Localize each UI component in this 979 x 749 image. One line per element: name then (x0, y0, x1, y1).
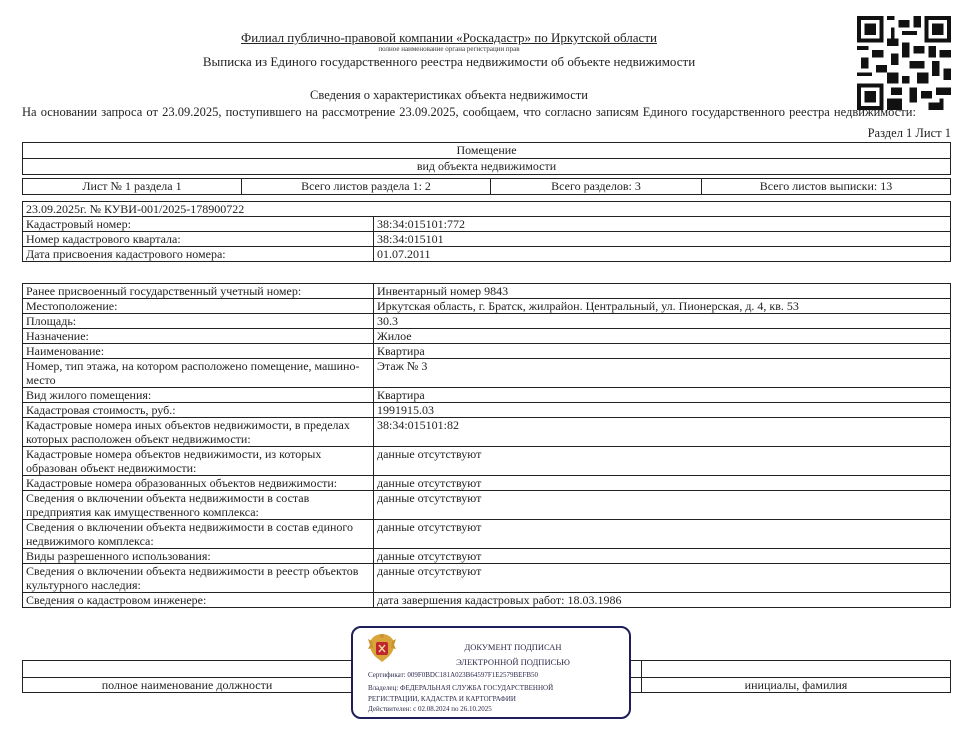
characteristic-row: Сведения о кадастровом инженере:дата зав… (23, 593, 951, 608)
characteristic-row: Сведения о включении объекта недвижимост… (23, 491, 951, 520)
sections-total: Всего разделов: 3 (491, 179, 702, 195)
characteristic-value: данные отсутствуют (374, 520, 951, 549)
characteristic-label: Сведения о включении объекта недвижимост… (23, 564, 374, 593)
stamp-owner-line1: Владелец: ФЕДЕРАЛЬНАЯ СЛУЖБА ГОСУДАРСТВЕ… (368, 684, 553, 692)
characteristic-label: Местоположение: (23, 299, 374, 314)
section-reference: Раздел 1 Лист 1 (868, 126, 951, 141)
characteristic-value: Квартира (374, 388, 951, 403)
coat-of-arms-icon (367, 631, 397, 665)
characteristic-row: Кадастровые номера иных объектов недвижи… (23, 418, 951, 447)
row-label: Кадастровый номер: (23, 217, 374, 232)
request-table: 23.09.2025г. № КУВИ-001/2025-178900722 К… (22, 201, 951, 262)
document-title: Выписка из Единого государственного реес… (0, 54, 898, 70)
electronic-signature-stamp: ДОКУМЕНТ ПОДПИСАН ЭЛЕКТРОННОЙ ПОДПИСЬЮ С… (351, 626, 631, 719)
extract-sheets-total: Всего листов выписки: 13 (702, 179, 951, 195)
organization-name: Филиал публично-правовой компании «Роска… (0, 30, 898, 46)
request-row: Дата присвоения кадастрового номера:01.0… (23, 247, 951, 262)
characteristic-label: Сведения о кадастровом инженере: (23, 593, 374, 608)
object-type-table: Помещение вид объекта недвижимости (22, 142, 951, 175)
characteristic-row: Наименование:Квартира (23, 344, 951, 359)
characteristic-label: Кадастровые номера образованных объектов… (23, 476, 374, 491)
characteristic-value: данные отсутствуют (374, 447, 951, 476)
request-row: Номер кадастрового квартала:38:34:015101 (23, 232, 951, 247)
qr-code-icon (857, 16, 951, 110)
characteristic-value: Жилое (374, 329, 951, 344)
row-label: Дата присвоения кадастрового номера: (23, 247, 374, 262)
sheet-info-table: Лист № 1 раздела 1 Всего листов раздела … (22, 178, 951, 195)
request-row: Кадастровый номер:38:34:015101:772 (23, 217, 951, 232)
characteristic-value: данные отсутствуют (374, 491, 951, 520)
characteristic-row: Площадь:30.3 (23, 314, 951, 329)
request-basis: На основании запроса от 23.09.2025, пост… (22, 105, 916, 120)
characteristic-value: 30.3 (374, 314, 951, 329)
characteristic-label: Сведения о включении объекта недвижимост… (23, 520, 374, 549)
section-sheets-total: Всего листов раздела 1: 2 (242, 179, 491, 195)
characteristic-row: Кадастровая стоимость, руб.:1991915.03 (23, 403, 951, 418)
characteristic-value: Этаж № 3 (374, 359, 951, 388)
row-value: 01.07.2011 (374, 247, 951, 262)
characteristic-value: Иркутская область, г. Братск, жилрайон. … (374, 299, 951, 314)
position-caption: полное наименование должности (22, 678, 352, 693)
stamp-owner-line2: РЕГИСТРАЦИИ, КАДАСТРА И КАРТОГРАФИИ (368, 695, 516, 703)
characteristic-row: Номер, тип этажа, на котором расположено… (23, 359, 951, 388)
characteristic-row: Виды разрешенного использования:данные о… (23, 549, 951, 564)
stamp-line-signed: ДОКУМЕНТ ПОДПИСАН (403, 642, 623, 652)
characteristic-value: данные отсутствуют (374, 564, 951, 593)
organization-caption: полное наименование органа регистрации п… (0, 45, 898, 53)
object-type-value: Помещение (23, 143, 951, 159)
characteristic-label: Виды разрешенного использования: (23, 549, 374, 564)
characteristic-label: Назначение: (23, 329, 374, 344)
characteristic-row: Местоположение:Иркутская область, г. Бра… (23, 299, 951, 314)
stamp-line-electronic: ЭЛЕКТРОННОЙ ПОДПИСЬЮ (403, 657, 623, 667)
object-type-caption: вид объекта недвижимости (23, 159, 951, 175)
characteristic-row: Сведения о включении объекта недвижимост… (23, 564, 951, 593)
row-value: 38:34:015101:772 (374, 217, 951, 232)
characteristic-row: Назначение:Жилое (23, 329, 951, 344)
characteristic-label: Ранее присвоенный государственный учетны… (23, 284, 374, 299)
characteristic-label: Наименование: (23, 344, 374, 359)
characteristic-value: 1991915.03 (374, 403, 951, 418)
characteristic-label: Кадастровая стоимость, руб.: (23, 403, 374, 418)
document-subtitle: Сведения о характеристиках объекта недви… (0, 88, 898, 103)
characteristic-label: Площадь: (23, 314, 374, 329)
characteristic-value: дата завершения кадастровых работ: 18.03… (374, 593, 951, 608)
stamp-certificate: Сертификат: 009F0BDC181A023B64597F1E2579… (368, 671, 538, 679)
characteristic-value: данные отсутствуют (374, 549, 951, 564)
characteristic-row: Ранее присвоенный государственный учетны… (23, 284, 951, 299)
characteristic-label: Номер, тип этажа, на котором расположено… (23, 359, 374, 388)
characteristic-row: Вид жилого помещения:Квартира (23, 388, 951, 403)
request-number: 23.09.2025г. № КУВИ-001/2025-178900722 (23, 202, 951, 217)
characteristic-value: данные отсутствуют (374, 476, 951, 491)
characteristic-row: Кадастровые номера образованных объектов… (23, 476, 951, 491)
characteristic-label: Кадастровые номера иных объектов недвижи… (23, 418, 374, 447)
stamp-validity: Действителен: с 02.08.2024 по 26.10.2025 (368, 705, 492, 713)
name-caption: инициалы, фамилия (641, 678, 951, 693)
characteristic-row: Сведения о включении объекта недвижимост… (23, 520, 951, 549)
characteristic-label: Сведения о включении объекта недвижимост… (23, 491, 374, 520)
characteristic-label: Кадастровые номера объектов недвижимости… (23, 447, 374, 476)
characteristic-row: Кадастровые номера объектов недвижимости… (23, 447, 951, 476)
characteristic-value: 38:34:015101:82 (374, 418, 951, 447)
row-value: 38:34:015101 (374, 232, 951, 247)
characteristic-label: Вид жилого помещения: (23, 388, 374, 403)
row-label: Номер кадастрового квартала: (23, 232, 374, 247)
characteristic-value: Инвентарный номер 9843 (374, 284, 951, 299)
sheet-number: Лист № 1 раздела 1 (23, 179, 242, 195)
characteristics-table: Ранее присвоенный государственный учетны… (22, 283, 951, 608)
characteristic-value: Квартира (374, 344, 951, 359)
